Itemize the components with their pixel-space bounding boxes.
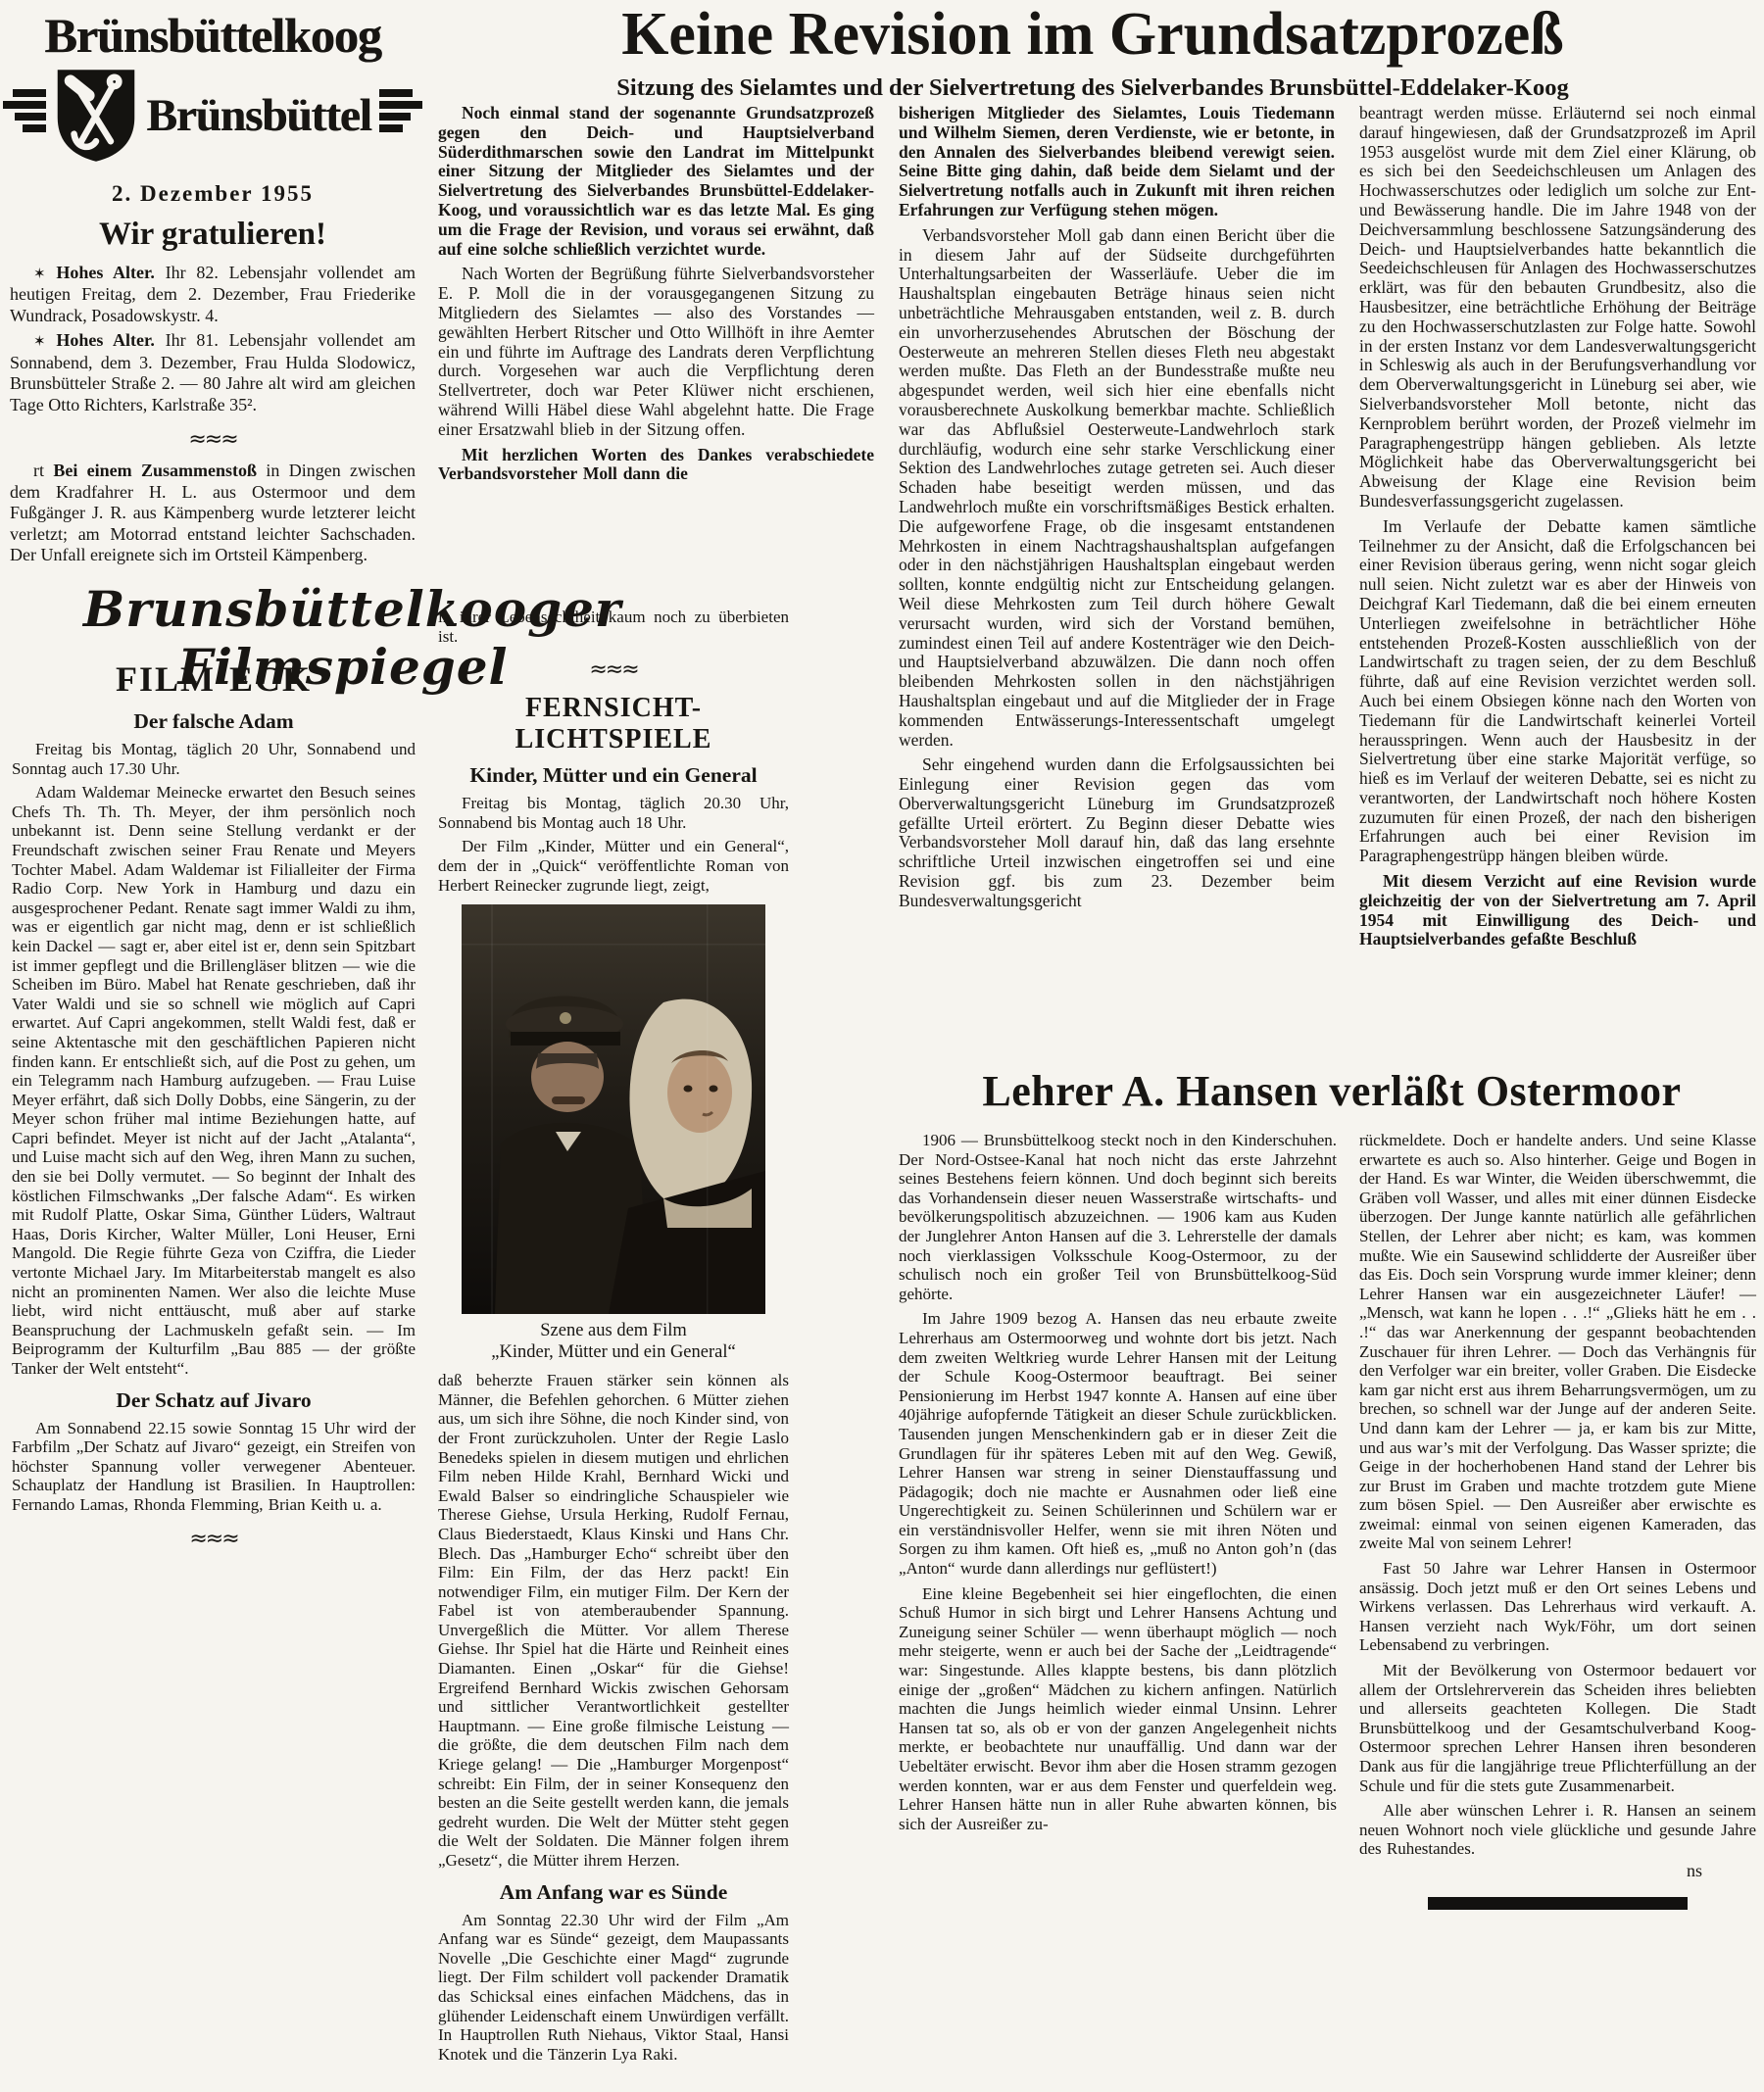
main-headline: Keine Revision im Grundsatzprozeß [421, 4, 1764, 65]
main-article-column-1: Noch einmal stand der sogenannte Grundsa… [438, 104, 874, 484]
end-divider-bar [1428, 1897, 1688, 1910]
local-news-item: rt Bei einem Zusammenstoß in Dingen zwis… [10, 461, 416, 566]
newspaper-page: { "glyphs": { "star": "✶", "squiggle": "… [0, 0, 1764, 2092]
main-subhead: Sitzung des Sielamtes und der Sielvertre… [421, 74, 1764, 102]
section-divider-squiggle: ≈≈≈ [438, 659, 789, 681]
film-review: Am Sonnabend 22.15 sowie Sonntag 15 Uhr … [12, 1419, 416, 1515]
gratulation-item: ✶ Hohes Alter. Ihr 81. Lebensjahr vollen… [10, 330, 416, 415]
gratulation-item: ✶ Hohes Alter. Ihr 82. Lebensjahr vollen… [10, 263, 416, 327]
gratulation-list: ✶ Hohes Alter. Ihr 82. Lebensjahr vollen… [10, 263, 416, 566]
article-paragraph: bisherigen Mitglieder des Sielamtes, Lou… [899, 104, 1335, 220]
article-paragraph: Mit diesem Verzicht auf eine Revision wu… [1359, 872, 1756, 949]
article-paragraph: 1906 — Brunsbüttelkoog steckt noch in de… [899, 1131, 1337, 1303]
film-eck-column: FILM-ECK Der falsche Adam Freitag bis Mo… [12, 658, 416, 1560]
article-paragraph: rückmeldete. Doch er handelte anders. Un… [1359, 1131, 1756, 1553]
main-article-column-2: bisherigen Mitglieder des Sielamtes, Lou… [899, 104, 1335, 911]
gratulation-item-lead: Hohes Alter. [56, 330, 155, 350]
local-news-lead: Bei einem Zusammenstoß [53, 461, 257, 480]
star-icon: ✶ [33, 265, 46, 282]
article-paragraph: Verbandsvorsteher Moll gab dann einen Be… [899, 226, 1335, 751]
section-divider-squiggle: ≈≈≈ [10, 429, 416, 451]
masthead-column: Brünsbüttelkoog Brünsbüttel 2. Dezember … [10, 10, 416, 566]
reporter-initials: rt [33, 461, 44, 480]
article-paragraph: Im Verlaufe der Debatte kamen sämtliche … [1359, 517, 1756, 866]
hansen-headline: Lehrer A. Hansen verläßt Ostermoor [902, 1066, 1762, 1116]
article-paragraph: Fast 50 Jahre war Lehrer Hansen in Oster… [1359, 1559, 1756, 1655]
film-review-intro: Der Film „Kinder, Mütter und ein General… [438, 837, 789, 895]
film-title: Der falsche Adam [12, 709, 416, 734]
section-divider-squiggle: ≈≈≈ [12, 1529, 416, 1550]
star-icon: ✶ [33, 332, 46, 350]
hansen-column-1: 1906 — Brunsbüttelkoog steckt noch in de… [899, 1131, 1337, 1833]
town-crest-icon [54, 66, 138, 166]
film-title: Am Anfang war es Sünde [438, 1880, 789, 1905]
cinema-name-film-eck: FILM-ECK [12, 658, 416, 700]
main-article-header: Keine Revision im Grundsatzprozeß Sitzun… [421, 4, 1764, 102]
film-title: Der Schatz auf Jivaro [12, 1388, 416, 1413]
film-still-photo [462, 904, 765, 1314]
article-paragraph: Sehr eingehend wurden dann die Erfolgsau… [899, 755, 1335, 910]
article-paragraph: Mit herzlichen Worten des Dankes verabsc… [438, 446, 874, 485]
fernsicht-column: in ihrer Lebensechtheit kaum noch zu übe… [438, 608, 789, 2064]
article-paragraph: Mit der Bevölkerung von Ostermoor bedaue… [1359, 1661, 1756, 1795]
masthead-title: Brünsbüttelkoog [10, 10, 416, 62]
film-review: daß beherzte Frauen stärker sein können … [438, 1371, 789, 1870]
cinema-name-fernsicht: FERNSICHT-LICHTSPIELE [438, 693, 789, 755]
article-paragraph: beantragt werden müsse. Erläuternd sei n… [1359, 104, 1756, 511]
continuation-fragment: in ihrer Lebensechtheit kaum noch zu übe… [438, 608, 789, 646]
showtimes: Freitag bis Montag, täglich 20 Uhr, Sonn… [12, 740, 416, 778]
hansen-column-2: rückmeldete. Doch er handelte anders. Un… [1359, 1131, 1756, 1910]
article-paragraph: Im Jahre 1909 bezog A. Hansen das neu er… [899, 1309, 1337, 1578]
gratulation-item-lead: Hohes Alter. [56, 263, 155, 282]
photo-caption: Szene aus dem Film „Kinder, Mütter und e… [438, 1320, 789, 1363]
article-paragraph: Nach Worten der Begrüßung führte Sielver… [438, 265, 874, 439]
issue-date: 2. Dezember 1955 [10, 181, 416, 207]
gratulation-heading: Wir gratulieren! [10, 217, 416, 253]
speed-lines-icon [379, 87, 422, 143]
article-paragraph: Noch einmal stand der sogenannte Grundsa… [438, 104, 874, 259]
film-review: Adam Waldemar Meinecke erwartet den Besu… [12, 783, 416, 1378]
article-paragraph: Alle aber wünschen Lehrer i. R. Hansen a… [1359, 1801, 1756, 1859]
author-initials: ns [1359, 1861, 1756, 1881]
speed-lines-icon [3, 87, 46, 143]
film-title: Kinder, Mütter und ein General [438, 763, 789, 788]
film-review: Am Sonntag 22.30 Uhr wird der Film „Am A… [438, 1911, 789, 2065]
masthead-subtitle: Brünsbüttel [146, 89, 370, 142]
article-paragraph: Eine kleine Begebenheit sei hier eingefl… [899, 1584, 1337, 1834]
showtimes: Freitag bis Montag, täglich 20.30 Uhr, S… [438, 794, 789, 832]
main-article-column-3: beantragt werden müsse. Erläuternd sei n… [1359, 104, 1756, 949]
